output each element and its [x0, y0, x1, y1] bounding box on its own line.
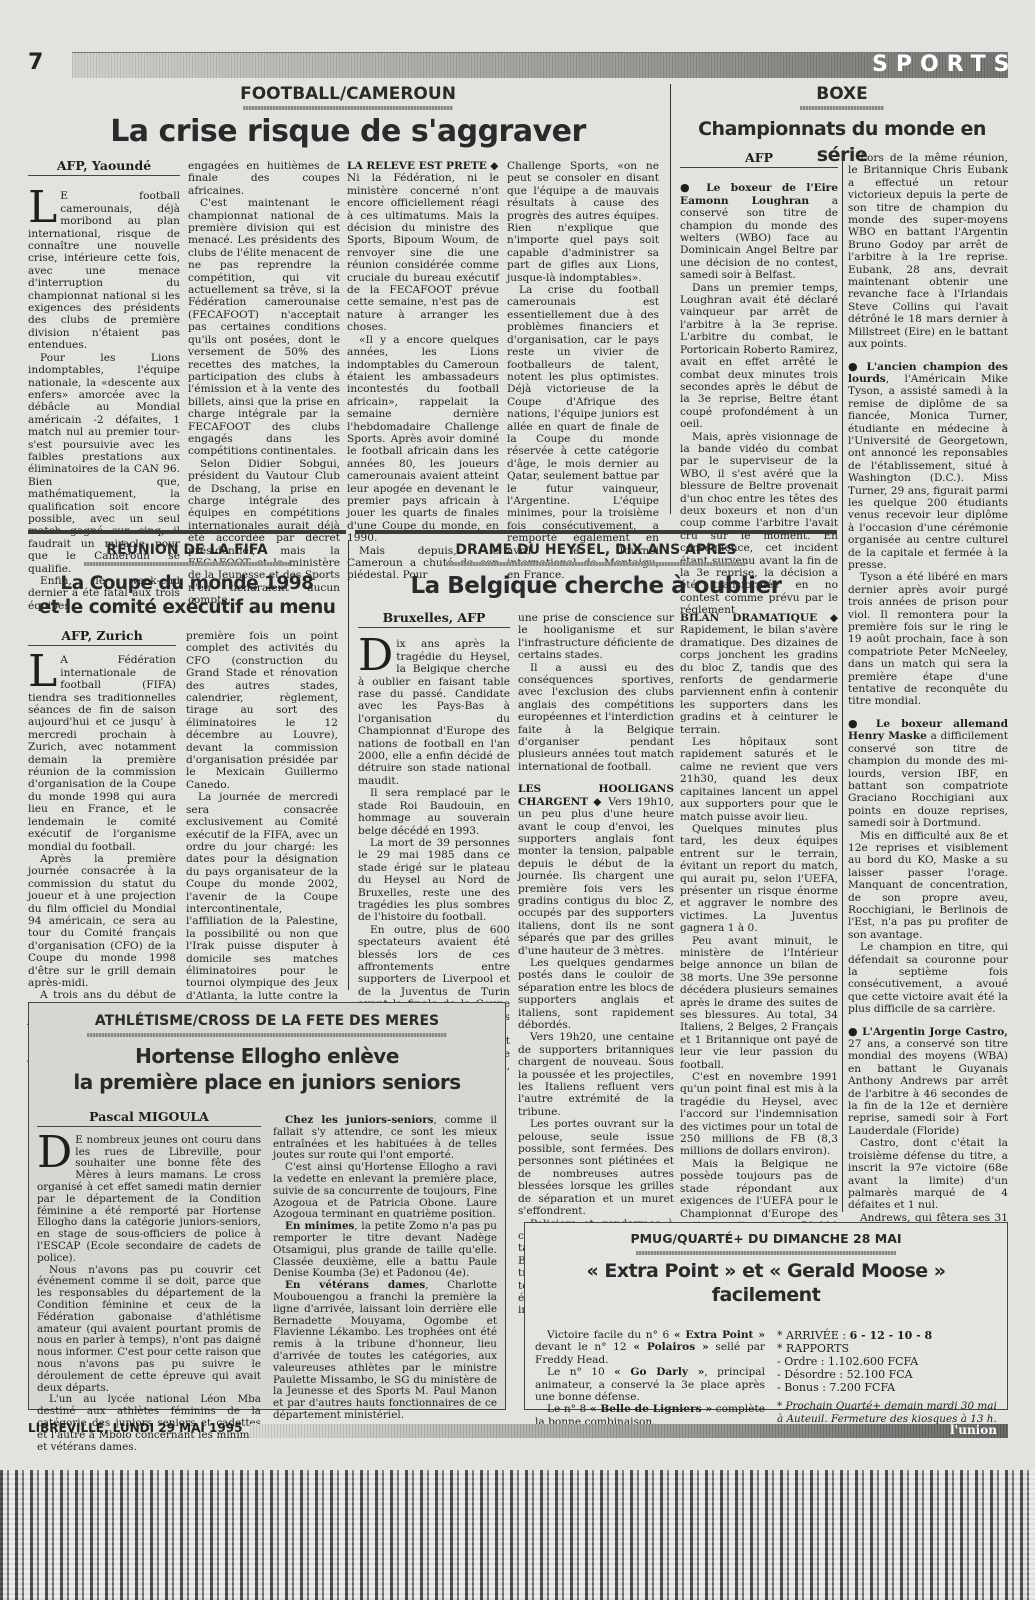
arrivee-label: * ARRIVÉE : — [777, 1329, 850, 1342]
rapports-label: * RAPPORTS — [777, 1342, 1001, 1355]
kicker-rule — [636, 1251, 896, 1255]
paragraph: Les portes ouvrant sur la pelouse, seule… — [518, 1118, 674, 1217]
subhead: LA RELEVE EST PRETE — [347, 160, 487, 172]
paragraph: «Il y a encore quelques années, les Lion… — [347, 334, 499, 545]
paragraph: Le champion en titre, qui défendait sa c… — [848, 941, 1008, 1015]
rapport-desordre: - Désordre : 52.100 FCA — [777, 1368, 1001, 1381]
bullet-icon: ● — [848, 717, 865, 730]
paragraph: Les quelques gendarmes postés dans le co… — [518, 957, 674, 1031]
lead: L'Argentin Jorge Castro, — [862, 1026, 1008, 1038]
column-divider — [670, 84, 671, 514]
kicker-rule — [446, 562, 746, 566]
section-divider — [28, 530, 346, 534]
boxe-kicker: BOXE — [676, 84, 1008, 104]
footer-location-date: LIBREVILLE, LUNDI 29 MAI 1995 — [28, 1421, 242, 1435]
paragraph: Les hôpitaux sont rapidement saturés et … — [680, 736, 838, 823]
heysel-kicker: DRAME DU HEYSEL, DIX ANS APRES — [355, 540, 837, 560]
scan-artifact — [0, 1470, 1035, 1600]
text: Victoire facile du n° 6 — [547, 1329, 674, 1341]
paragraph: Rapidement, le bilan s'avère dramatique.… — [680, 624, 838, 735]
paragraph: La journée de mercredi sera consacrée ex… — [186, 791, 338, 1027]
cameroun-kicker: FOOTBALL/CAMEROUN — [28, 84, 668, 104]
bullet-icon: ● — [848, 1025, 858, 1038]
diamond-icon: ◆ — [490, 160, 498, 172]
masthead-logo: l'union — [950, 1423, 997, 1437]
athletisme-column-1: Pascal MIGOULA DE nombreux jeunes ont co… — [37, 1111, 261, 1453]
paragraph: engagées en huitièmes de finale des coup… — [188, 160, 340, 197]
paragraph: Lors de la même réunion, le Britannique … — [848, 152, 1008, 351]
paragraph: a difficilement conservé son titre de ch… — [848, 730, 1008, 829]
footer-bar — [250, 1424, 1008, 1438]
dropcap: D — [358, 638, 396, 674]
boxe-byline: AFP — [680, 152, 838, 168]
cameroun-headline: La crise risque de s'aggraver — [28, 114, 668, 150]
paragraph: Il a aussi eu des conséquences sportives… — [518, 662, 674, 774]
paragraph: Mis en difficulté aux 8e et 12e reprises… — [848, 830, 1008, 942]
cameroun-column-4: Challenge Sports, «on ne peut se console… — [507, 160, 659, 582]
arrivee-value: 6 - 12 - 10 - 8 — [850, 1329, 933, 1342]
paragraph: première fois un point complet des activ… — [186, 630, 338, 791]
lead: Chez les juniors-seniors — [285, 1114, 434, 1126]
fifa-headline-line-1: La Coupe du monde 1998 — [28, 572, 346, 596]
paragraph: , l'Américain Mike Tyson, a assisté same… — [848, 373, 1008, 571]
cameroun-byline: AFP, Yaoundé — [28, 160, 180, 176]
paragraph: Tyson a été libéré en mars dernier après… — [848, 571, 1008, 707]
section-header-bar — [72, 52, 1008, 78]
text: devant le n° 12 — [535, 1341, 633, 1353]
paragraph: Nous n'avons pas pu couvrir cet événemen… — [37, 1265, 261, 1395]
athletisme-byline: Pascal MIGOULA — [37, 1111, 261, 1127]
cameroun-column-3: LA RELEVE EST PRETE ◆ Ni la Fédération, … — [347, 160, 499, 582]
pmug-column-1: Victoire facile du n° 6 « Extra Point » … — [535, 1329, 765, 1428]
newspaper-page: 7 SPORTS FOOTBALL/CAMEROUN La crise risq… — [0, 0, 1035, 1600]
text: Le n° 8 — [547, 1403, 590, 1415]
fifa-byline: AFP, Zurich — [28, 630, 176, 646]
dropcap: D — [37, 1135, 75, 1171]
bullet-icon: ● — [848, 360, 860, 373]
athletisme-kicker: ATHLÉTISME/CROSS DE LA FETE DES MERES — [29, 1011, 505, 1031]
athletisme-headline-line-2: la première place en juniors seniors — [29, 1069, 505, 1095]
paragraph: Castro, dont c'était la troisième défens… — [848, 1137, 1008, 1211]
athletisme-box: ATHLÉTISME/CROSS DE LA FETE DES MERES Ho… — [28, 1002, 506, 1410]
kicker-rule — [84, 562, 290, 566]
heysel-byline: Bruxelles, AFP — [358, 612, 510, 628]
pmug-box: PMUG/QUARTÉ+ DU DIMANCHE 28 MAI « Extra … — [524, 1222, 1008, 1410]
section-divider — [355, 530, 837, 534]
pmug-article-header: PMUG/QUARTÉ+ DU DIMANCHE 28 MAI « Extra … — [525, 1229, 1007, 1307]
athletisme-headline-line-1: Hortense Ellogho enlève — [29, 1043, 505, 1069]
paragraph: C'est ainsi qu'Hortense Ellogho a ravi l… — [273, 1161, 497, 1220]
paragraph: La mort de 39 personnes le 29 mai 1985 d… — [358, 837, 510, 924]
paragraph: Après la première journée consacrée à la… — [28, 853, 176, 989]
diamond-icon: ◆ — [830, 612, 838, 624]
pmug-headline-line-2: facilement — [525, 1283, 1007, 1307]
paragraph: Vers 19h20, une centaine de supporters b… — [518, 1031, 674, 1118]
fifa-headline-line-2: et le comité exécutif au menu — [28, 596, 346, 620]
lead: Le boxeur de l'Eire Eamonn Loughran — [680, 182, 838, 206]
section-label: SPORTS — [872, 52, 1017, 78]
fifa-kicker: RÉUNION DE LA FIFA — [28, 540, 346, 560]
paragraph: C'est en novembre 1991 qu'un point final… — [680, 1071, 838, 1158]
horse-name: « Go Darly » — [614, 1366, 704, 1378]
paragraph: Dans un premier temps, Loughran avait ét… — [680, 282, 838, 431]
subhead: BILAN DRAMATIQUE — [680, 612, 817, 624]
paragraph: une prise de conscience sur le hooligani… — [518, 612, 674, 662]
paragraph: Challenge Sports, «on ne peut se console… — [507, 160, 659, 284]
horse-name: « Extra Point » — [674, 1329, 765, 1341]
text: Le n° 10 — [547, 1366, 614, 1378]
paragraph: Quelques minutes plus tard, les deux équ… — [680, 823, 838, 935]
horse-name: « Polairos » — [633, 1341, 708, 1353]
heysel-column-2: une prise de conscience sur le hooligani… — [518, 612, 674, 1317]
paragraph: , Charlotte Moubouengou a franchi la pre… — [273, 1279, 497, 1421]
column-divider — [842, 152, 843, 1212]
dropcap: L — [28, 190, 60, 226]
paragraph: a conservé son titre de champion du mond… — [680, 195, 838, 281]
athletisme-column-2: Chez les juniors-seniors, comme il falla… — [273, 1115, 497, 1422]
column-divider — [348, 540, 349, 990]
heysel-article-header: DRAME DU HEYSEL, DIX ANS APRES La Belgiq… — [355, 540, 837, 602]
athletisme-article-header: ATHLÉTISME/CROSS DE LA FETE DES MERES Ho… — [29, 1011, 505, 1095]
paragraph: Vers 19h10, un peu plus d'une heure avan… — [518, 796, 674, 957]
horse-name: « Belle de Ligniers » — [590, 1403, 712, 1415]
pmug-headline-line-1: « Extra Point » et « Gerald Moose » — [525, 1259, 1007, 1283]
lead: En vétérans dames — [285, 1279, 425, 1291]
kicker-rule — [243, 106, 453, 110]
bullet-icon: ● — [680, 181, 696, 194]
paragraph: Il sera remplacé par le stade Roi Baudou… — [358, 787, 510, 837]
lead: En minimes — [285, 1220, 354, 1232]
heysel-headline: La Belgique cherche à oublier — [355, 570, 837, 602]
paragraph: Ni la Fédération, ni le ministère concer… — [347, 172, 499, 333]
fifa-article-header: RÉUNION DE LA FIFA La Coupe du monde 199… — [28, 540, 346, 620]
rapport-bonus: - Bonus : 7.200 FCFA — [777, 1381, 1001, 1394]
heysel-column-3: BILAN DRAMATIQUE ◆ Rapidement, le bilan … — [680, 612, 838, 1307]
kicker-rule — [800, 106, 884, 110]
paragraph: 27 ans, a conservé son titre mondial des… — [848, 1038, 1008, 1137]
dropcap: L — [28, 654, 60, 690]
kicker-rule — [87, 1033, 447, 1037]
pmug-results: * ARRIVÉE : 6 - 12 - 10 - 8 * RAPPORTS -… — [777, 1329, 1001, 1426]
paragraph: C'est maintenant le championnat national… — [188, 197, 340, 458]
diamond-icon: ◆ — [593, 796, 603, 808]
page-number: 7 — [28, 50, 43, 75]
cameroun-article-header: FOOTBALL/CAMEROUN La crise risque de s'a… — [28, 84, 668, 150]
rapport-ordre: - Ordre : 1.102.600 FCFA — [777, 1355, 1001, 1368]
paragraph: Peu avant minuit, le ministère de l'Inté… — [680, 935, 838, 1071]
pmug-kicker: PMUG/QUARTÉ+ DU DIMANCHE 28 MAI — [525, 1229, 1007, 1249]
boxe-column-2: Lors de la même réunion, le Britannique … — [848, 152, 1008, 1299]
paragraph: La crise du football camerounais est ess… — [507, 284, 659, 582]
